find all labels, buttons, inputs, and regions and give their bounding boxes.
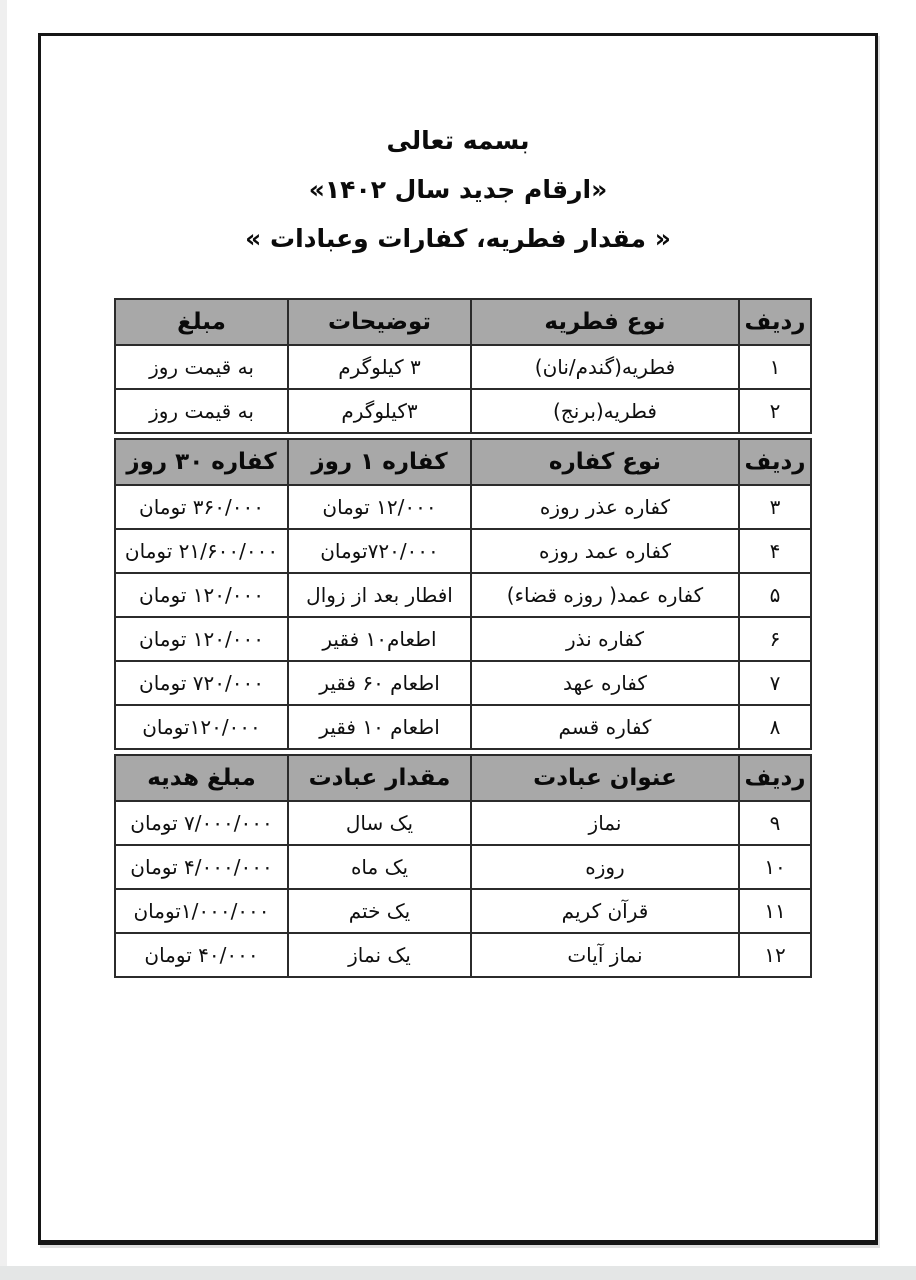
- row-index-cell: ۱: [739, 345, 811, 389]
- row-index-cell: ۱۲: [739, 933, 811, 977]
- title-cell: روزه: [471, 845, 739, 889]
- gift-amount-cell: ۴/۰۰۰/۰۰۰ تومان: [115, 845, 288, 889]
- column-header-gift-amount: مبلغ هدیه: [115, 755, 288, 801]
- column-header-amount: مبلغ: [115, 299, 288, 345]
- row-index-cell: ۱۱: [739, 889, 811, 933]
- thirty-day-cell: ۲۱/۶۰۰/۰۰۰ تومان: [115, 529, 288, 573]
- thirty-day-cell: ۱۲۰/۰۰۰ تومان: [115, 573, 288, 617]
- one-day-cell: اطعام ۱۰ فقیر: [288, 705, 471, 749]
- type-cell: فطریه(گندم/نان): [471, 345, 739, 389]
- column-header-fitriyah-type: نوع فطریه: [471, 299, 739, 345]
- notes-cell: ۳ کیلوگرم: [288, 345, 471, 389]
- kaffarah-header-row: ردیف نوع کفاره کفاره ۱ روز کفاره ۳۰ روز: [115, 439, 811, 485]
- table-row: ۶ کفاره نذر اطعام۱۰ فقیر ۱۲۰/۰۰۰ تومان: [115, 617, 811, 661]
- thirty-day-cell: ۳۶۰/۰۰۰ تومان: [115, 485, 288, 529]
- title-cell: نماز: [471, 801, 739, 845]
- row-index-cell: ۹: [739, 801, 811, 845]
- type-cell: کفاره عذر روزه: [471, 485, 739, 529]
- one-day-cell: اطعام۱۰ فقیر: [288, 617, 471, 661]
- gift-amount-cell: ۷/۰۰۰/۰۰۰ تومان: [115, 801, 288, 845]
- table-row: ۵ کفاره عمد( روزه قضاء) افطار بعد از زوا…: [115, 573, 811, 617]
- row-index-cell: ۱۰: [739, 845, 811, 889]
- page: { "titles": { "bismillah": "بسمه تعالی",…: [0, 0, 916, 1280]
- table-row: ۱۱ قرآن کریم یک ختم ۱/۰۰۰/۰۰۰تومان: [115, 889, 811, 933]
- column-header-radif: ردیف: [739, 299, 811, 345]
- page-bottom-shadow: [0, 1266, 916, 1280]
- row-index-cell: ۶: [739, 617, 811, 661]
- table-row: ۴ کفاره عمد روزه ۷۲۰/۰۰۰تومان ۲۱/۶۰۰/۰۰۰…: [115, 529, 811, 573]
- quantity-cell: یک ماه: [288, 845, 471, 889]
- quantity-cell: یک نماز: [288, 933, 471, 977]
- table-row: ۱۰ روزه یک ماه ۴/۰۰۰/۰۰۰ تومان: [115, 845, 811, 889]
- type-cell: کفاره عمد( روزه قضاء): [471, 573, 739, 617]
- type-cell: فطریه(برنج): [471, 389, 739, 433]
- table-row: ۸ کفاره قسم اطعام ۱۰ فقیر ۱۲۰/۰۰۰تومان: [115, 705, 811, 749]
- type-cell: کفاره نذر: [471, 617, 739, 661]
- column-header-radif: ردیف: [739, 439, 811, 485]
- one-day-cell: اطعام ۶۰ فقیر: [288, 661, 471, 705]
- amount-cell: به قیمت روز: [115, 345, 288, 389]
- tables-block: ردیف نوع فطریه توضیحات مبلغ ۱ فطریه(گندم…: [114, 298, 812, 982]
- page-left-shadow: [0, 0, 7, 1280]
- bismillah-title: بسمه تعالی: [41, 116, 875, 165]
- title-block: بسمه تعالی «ارقام جدید سال ۱۴۰۲» « مقدار…: [41, 116, 875, 263]
- row-index-cell: ۲: [739, 389, 811, 433]
- column-header-notes: توضیحات: [288, 299, 471, 345]
- column-header-radif: ردیف: [739, 755, 811, 801]
- table-row: ۱۲ نماز آیات یک نماز ۴۰/۰۰۰ تومان: [115, 933, 811, 977]
- thirty-day-cell: ۱۲۰/۰۰۰تومان: [115, 705, 288, 749]
- title-cell: نماز آیات: [471, 933, 739, 977]
- fitriyah-header-row: ردیف نوع فطریه توضیحات مبلغ: [115, 299, 811, 345]
- fitriyah-table: ردیف نوع فطریه توضیحات مبلغ ۱ فطریه(گندم…: [114, 298, 812, 434]
- kaffarah-table: ردیف نوع کفاره کفاره ۱ روز کفاره ۳۰ روز …: [114, 438, 812, 750]
- column-header-kaffarah-1day: کفاره ۱ روز: [288, 439, 471, 485]
- thirty-day-cell: ۱۲۰/۰۰۰ تومان: [115, 617, 288, 661]
- table-row: ۲ فطریه(برنج) ۳کیلوگرم به قیمت روز: [115, 389, 811, 433]
- row-index-cell: ۸: [739, 705, 811, 749]
- row-index-cell: ۵: [739, 573, 811, 617]
- amount-cell: به قیمت روز: [115, 389, 288, 433]
- row-index-cell: ۴: [739, 529, 811, 573]
- row-index-cell: ۷: [739, 661, 811, 705]
- one-day-cell: ۱۲/۰۰۰ تومان: [288, 485, 471, 529]
- quantity-cell: یک ختم: [288, 889, 471, 933]
- type-cell: کفاره عهد: [471, 661, 739, 705]
- column-header-ibadat-quantity: مقدار عبادت: [288, 755, 471, 801]
- gift-amount-cell: ۴۰/۰۰۰ تومان: [115, 933, 288, 977]
- one-day-cell: افطار بعد از زوال: [288, 573, 471, 617]
- ibadat-header-row: ردیف عنوان عبادت مقدار عبادت مبلغ هدیه: [115, 755, 811, 801]
- quantity-cell: یک سال: [288, 801, 471, 845]
- type-cell: کفاره قسم: [471, 705, 739, 749]
- column-header-ibadat-title: عنوان عبادت: [471, 755, 739, 801]
- gift-amount-cell: ۱/۰۰۰/۰۰۰تومان: [115, 889, 288, 933]
- notes-cell: ۳کیلوگرم: [288, 389, 471, 433]
- table-row: ۹ نماز یک سال ۷/۰۰۰/۰۰۰ تومان: [115, 801, 811, 845]
- table-row: ۳ کفاره عذر روزه ۱۲/۰۰۰ تومان ۳۶۰/۰۰۰ تو…: [115, 485, 811, 529]
- ibadat-table: ردیف عنوان عبادت مقدار عبادت مبلغ هدیه ۹…: [114, 754, 812, 978]
- thirty-day-cell: ۷۲۰/۰۰۰ تومان: [115, 661, 288, 705]
- one-day-cell: ۷۲۰/۰۰۰تومان: [288, 529, 471, 573]
- column-header-kaffarah-30day: کفاره ۳۰ روز: [115, 439, 288, 485]
- row-index-cell: ۳: [739, 485, 811, 529]
- column-header-kaffarah-type: نوع کفاره: [471, 439, 739, 485]
- year-title: «ارقام جدید سال ۱۴۰۲»: [41, 165, 875, 214]
- type-cell: کفاره عمد روزه: [471, 529, 739, 573]
- title-cell: قرآن کریم: [471, 889, 739, 933]
- table-row: ۷ کفاره عهد اطعام ۶۰ فقیر ۷۲۰/۰۰۰ تومان: [115, 661, 811, 705]
- document-border-frame: بسمه تعالی «ارقام جدید سال ۱۴۰۲» « مقدار…: [38, 33, 878, 1245]
- subject-title: « مقدار فطریه، کفارات وعبادات »: [41, 214, 875, 263]
- table-row: ۱ فطریه(گندم/نان) ۳ کیلوگرم به قیمت روز: [115, 345, 811, 389]
